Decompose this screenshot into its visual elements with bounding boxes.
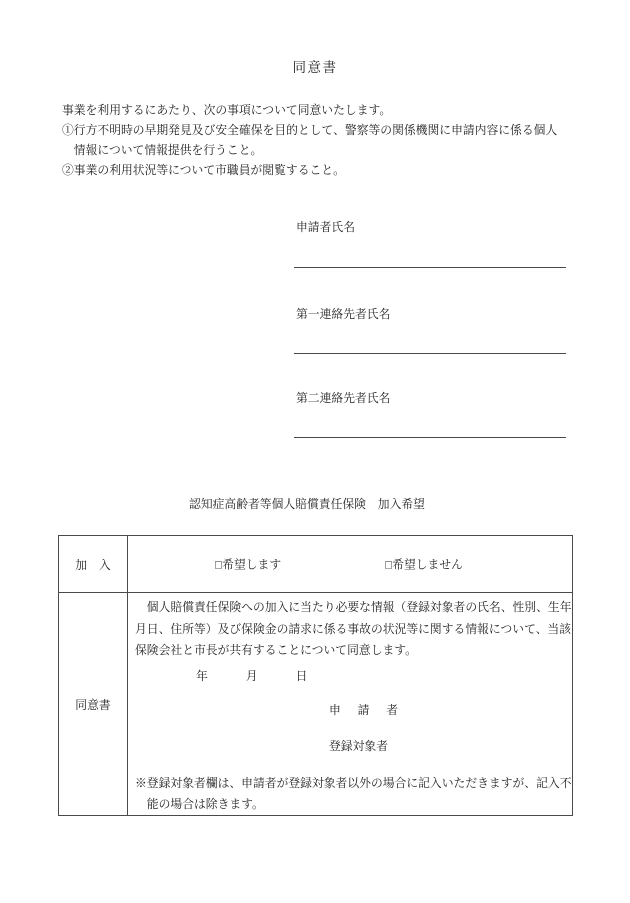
second-contact-name-label: 第二連絡先者氏名 bbox=[296, 392, 390, 404]
insurance-section-title: 認知症高齢者等個人賠償責任保険 加入希望 bbox=[0, 496, 614, 512]
registrant-note: ※登録対象者欄は、申請者が登録対象者以外の場合に記入いただきますが、記入不 能の… bbox=[135, 773, 572, 815]
option-no-wish-to-join[interactable]: □希望しません bbox=[385, 556, 463, 573]
second-contact-signature-line[interactable] bbox=[294, 437, 566, 438]
first-contact-name-label: 第一連絡先者氏名 bbox=[296, 308, 390, 320]
option-wish-no-label: 希望しません bbox=[392, 558, 463, 572]
table-row-consent: 同意書 個人賠償責任保険への加入に当たり必要な情報（登録対象者の氏名、性別、生年… bbox=[59, 592, 572, 815]
join-row-label: 加 入 bbox=[59, 536, 128, 592]
applicant-signature-line[interactable] bbox=[294, 267, 566, 268]
date-month-label: 月 bbox=[246, 666, 258, 688]
intro-line: ①行方不明時の早期発見及び安全確保を目的として、警察等の関係機関に申請内容に係る… bbox=[62, 120, 557, 140]
applicant-fill-in-label[interactable]: 申 請 者 bbox=[135, 700, 572, 722]
first-contact-signature-line[interactable] bbox=[294, 353, 566, 354]
intro-paragraph: 事業を利用するにあたり、次の事項について同意いたします。 ①行方不明時の早期発見… bbox=[62, 100, 557, 180]
join-row-content: □希望します □希望しません bbox=[128, 536, 572, 592]
consent-row-content: 個人賠償責任保険への加入に当たり必要な情報（登録対象者の氏名、性別、生年 月日、… bbox=[128, 593, 574, 815]
date-day-label: 日 bbox=[296, 666, 308, 688]
table-row-join: 加 入 □希望します □希望しません bbox=[59, 536, 572, 592]
option-wish-yes-label: 希望します bbox=[222, 558, 281, 572]
option-wish-to-join[interactable]: □希望します bbox=[215, 556, 281, 573]
consent-row-label: 同意書 bbox=[59, 593, 128, 815]
date-year-label: 年 bbox=[196, 666, 208, 688]
consent-text-line: 保険会社と市長が共有することについて同意します。 bbox=[135, 640, 572, 662]
consent-text-line: 個人賠償責任保険への加入に当たり必要な情報（登録対象者の氏名、性別、生年 bbox=[135, 597, 572, 619]
consent-text-line: 月日、住所等）及び保険金の請求に係る事故の状況等に関する情報について、当該 bbox=[135, 619, 572, 641]
note-line: 能の場合は除きます。 bbox=[135, 794, 572, 815]
intro-line: 情報について情報提供を行うこと。 bbox=[62, 140, 557, 160]
intro-line: ②事業の利用状況等について市職員が閲覧すること。 bbox=[62, 160, 557, 180]
insurance-table: 加 入 □希望します □希望しません 同意書 個人賠償責任保険への加入に当たり必… bbox=[58, 535, 573, 816]
note-line: ※登録対象者欄は、申請者が登録対象者以外の場合に記入いただきますが、記入不 bbox=[135, 773, 572, 794]
date-fill-in-row[interactable]: 年 月 日 bbox=[135, 666, 572, 688]
consent-document-page: 同意書 事業を利用するにあたり、次の事項について同意いたします。 ①行方不明時の… bbox=[0, 0, 630, 903]
page-title: 同意書 bbox=[0, 61, 630, 75]
intro-line: 事業を利用するにあたり、次の事項について同意いたします。 bbox=[62, 100, 557, 120]
applicant-name-label: 申請者氏名 bbox=[296, 221, 355, 233]
registrant-fill-in-label[interactable]: 登録対象者 bbox=[135, 736, 572, 758]
